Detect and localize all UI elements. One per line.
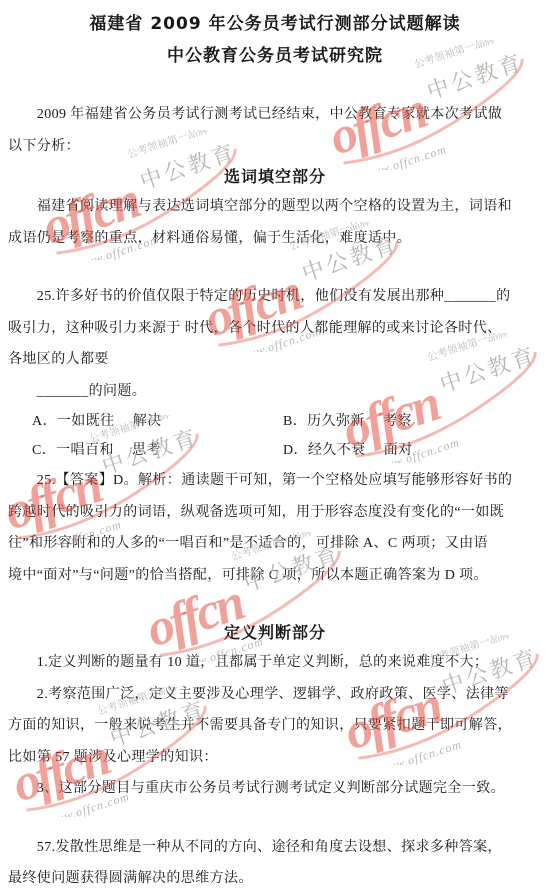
dingyi-analysis: 1.定义判断的题量有 10 道，且都属于单定义判断，总的来说难度不大； 2.考察…: [8, 647, 542, 805]
text-line: 各地区的人都要: [8, 344, 542, 376]
text-line: 1.定义判断的题量有 10 道，且都属于单定义判断，总的来说难度不大；: [8, 647, 542, 679]
xuanci-analysis: 福建省阅读理解与表达选词填空部分的题型以两个空格的设置为主，词语和成语仍是考察的…: [8, 191, 542, 254]
question-57: 57.发散性思维是一种从不同的方向、途径和角度去设想、探求多种答案，最终使问题获…: [8, 832, 542, 890]
option-item: C．一唱百和 思考: [8, 436, 267, 465]
question-25: 25.许多好书的价值仅限于特定的历史时机，他们没有发展出那种_______的吸引…: [8, 281, 542, 407]
text-line: 成语仍是考察的重点，材料通俗易懂，偏于生活化，难度适中。: [8, 223, 542, 255]
doc-title-line-1: 福建省 2009 年公务员考试行测部分试题解读: [8, 8, 542, 40]
blank-line: [8, 254, 542, 281]
text-line: 方面的知识，一般来说考生并不需要具备专门的知识，只要紧扣题干即可解答，: [8, 710, 542, 742]
text-line: 以下分析：: [8, 131, 542, 163]
text-line: 2.考察范围广泛，定义主要涉及心理学、逻辑学、政府政策、医学、法律等: [8, 679, 542, 711]
text-line: 往”和形容附和的人多的“一唱百和”是不适合的，可排除 A、C 两项；又由语: [8, 528, 542, 560]
answer-25: 25.【答案】D。解析：通读题干可知，第一个空格处应填写能够形容好书的跨越时代的…: [8, 465, 542, 591]
blank-line: [8, 72, 542, 99]
intro-paragraph: 2009 年福建省公务员考试行测考试已经结束，中公教育专家就本次考试做以下分析：: [8, 99, 542, 162]
question-25-options: A．一如既往 解决B．历久弥新 考察C．一唱百和 思考D．经久不衰 面对: [8, 407, 542, 465]
blank-line: [8, 591, 542, 618]
document-body: 福建省 2009 年公务员考试行测部分试题解读中公教育公务员考试研究院 2009…: [0, 0, 550, 890]
option-item: A．一如既往 解决: [8, 407, 267, 436]
text-line: _______的问题。: [8, 376, 542, 408]
text-line: 3、这部分题目与重庆市公务员考试行测考试定义判断部分试题完全一致。: [8, 773, 542, 805]
document-page: 福建省 2009 年公务员考试行测部分试题解读中公教育公务员考试研究院 2009…: [0, 0, 550, 890]
option-item: D．经久不衰 面对: [267, 436, 413, 465]
section-heading-xuanci: 选词填空部分: [8, 162, 542, 191]
section-heading-dingyi: 定义判断部分: [8, 618, 542, 647]
text-line: 吸引力，这种吸引力来源于 时代，各个时代的人都能理解的或来讨论各时代、: [8, 313, 542, 345]
option-item: B．历久弥新 考察: [267, 407, 412, 436]
doc-title-line-2: 中公教育公务员考试研究院: [8, 40, 542, 72]
text-line: 跨越时代的吸引力的词语，纵观备选项可知，用于形容态度没有变化的“一如既: [8, 497, 542, 529]
text-line: 57.发散性思维是一种从不同的方向、途径和角度去设想、探求多种答案，: [8, 832, 542, 864]
text-line: 境中“面对”与“问题”的恰当搭配，可排除 C 项，所以本题正确答案为 D 项。: [8, 560, 542, 592]
blank-line: [8, 805, 542, 832]
text-line: 比如第 57 题涉及心理学的知识：: [8, 742, 542, 774]
option-row: A．一如既往 解决B．历久弥新 考察: [8, 407, 542, 436]
text-line: 2009 年福建省公务员考试行测考试已经结束，中公教育专家就本次考试做: [8, 99, 542, 131]
text-line: 25.【答案】D。解析：通读题干可知，第一个空格处应填写能够形容好书的: [8, 465, 542, 497]
option-row: C．一唱百和 思考D．经久不衰 面对: [8, 436, 542, 465]
text-line: 25.许多好书的价值仅限于特定的历史时机，他们没有发展出那种_______的: [8, 281, 542, 313]
text-line: 最终使问题获得圆满解决的思维方法。: [8, 863, 542, 890]
text-line: 福建省阅读理解与表达选词填空部分的题型以两个空格的设置为主，词语和: [8, 191, 542, 223]
